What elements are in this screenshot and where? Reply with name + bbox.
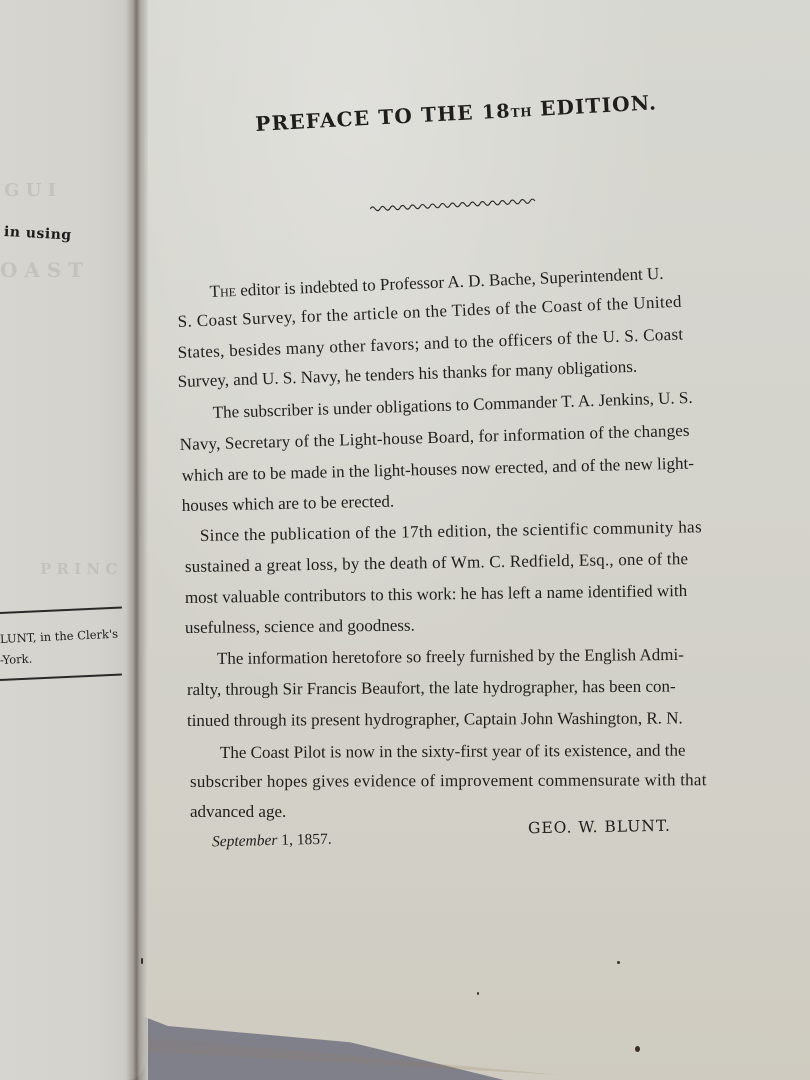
text-line: advanced age. [190,803,286,820]
text-line: sustained a great loss, by the death of … [185,550,689,575]
paper-speck [635,1046,640,1052]
paper-speck [617,961,620,964]
text-line: States, besides many other favors; and t… [177,325,683,361]
text-line: The subscriber is under obligations to C… [212,389,692,421]
text-line: Navy, Secretary of the Light-house Board… [180,422,690,453]
date-month: September [212,832,278,850]
drop-word: The [209,281,236,301]
text-line: which are to be made in the light-houses… [182,454,694,484]
book-photo: G U I O A S T P R I N C in using LUNT, i… [0,0,810,1080]
paper-speck [477,992,479,995]
title-prefix: PREFACE TO THE [255,100,475,136]
decorative-wavy-rule [370,193,536,215]
date-rest: 1, 1857. [277,831,332,849]
title-ordinal-suffix: TH [510,105,532,120]
paper-speck [141,958,143,964]
text-line: Survey, and U. S. Navy, he tenders his t… [177,358,637,390]
page-title: PREFACE TO THE 18TH EDITION. [255,90,658,136]
text-line: Since the publication of the 17th editio… [200,518,702,544]
title-ordinal-number: 18 [481,100,511,124]
text-line: The information heretofore so freely fur… [217,646,684,667]
text-line: most valuable contributors to this work:… [185,582,688,606]
preface-content: PREFACE TO THE 18TH EDITION. The editor … [0,0,810,1080]
text-line: houses which are to be erected. [182,493,395,514]
text-line: The Coast Pilot is now in the sixty-firs… [220,742,686,761]
preface-date: September 1, 1857. [212,831,332,852]
title-suffix: EDITION. [539,90,657,120]
text-line: usefulness, science and goodness. [185,617,415,636]
author-signature: GEO. W. BLUNT. [528,817,671,837]
text-line: subscriber hopes gives evidence of impro… [190,771,707,790]
text-line: tinued through its present hydrographer,… [187,709,683,729]
text-line: ralty, through Sir Francis Beaufort, the… [187,678,676,698]
